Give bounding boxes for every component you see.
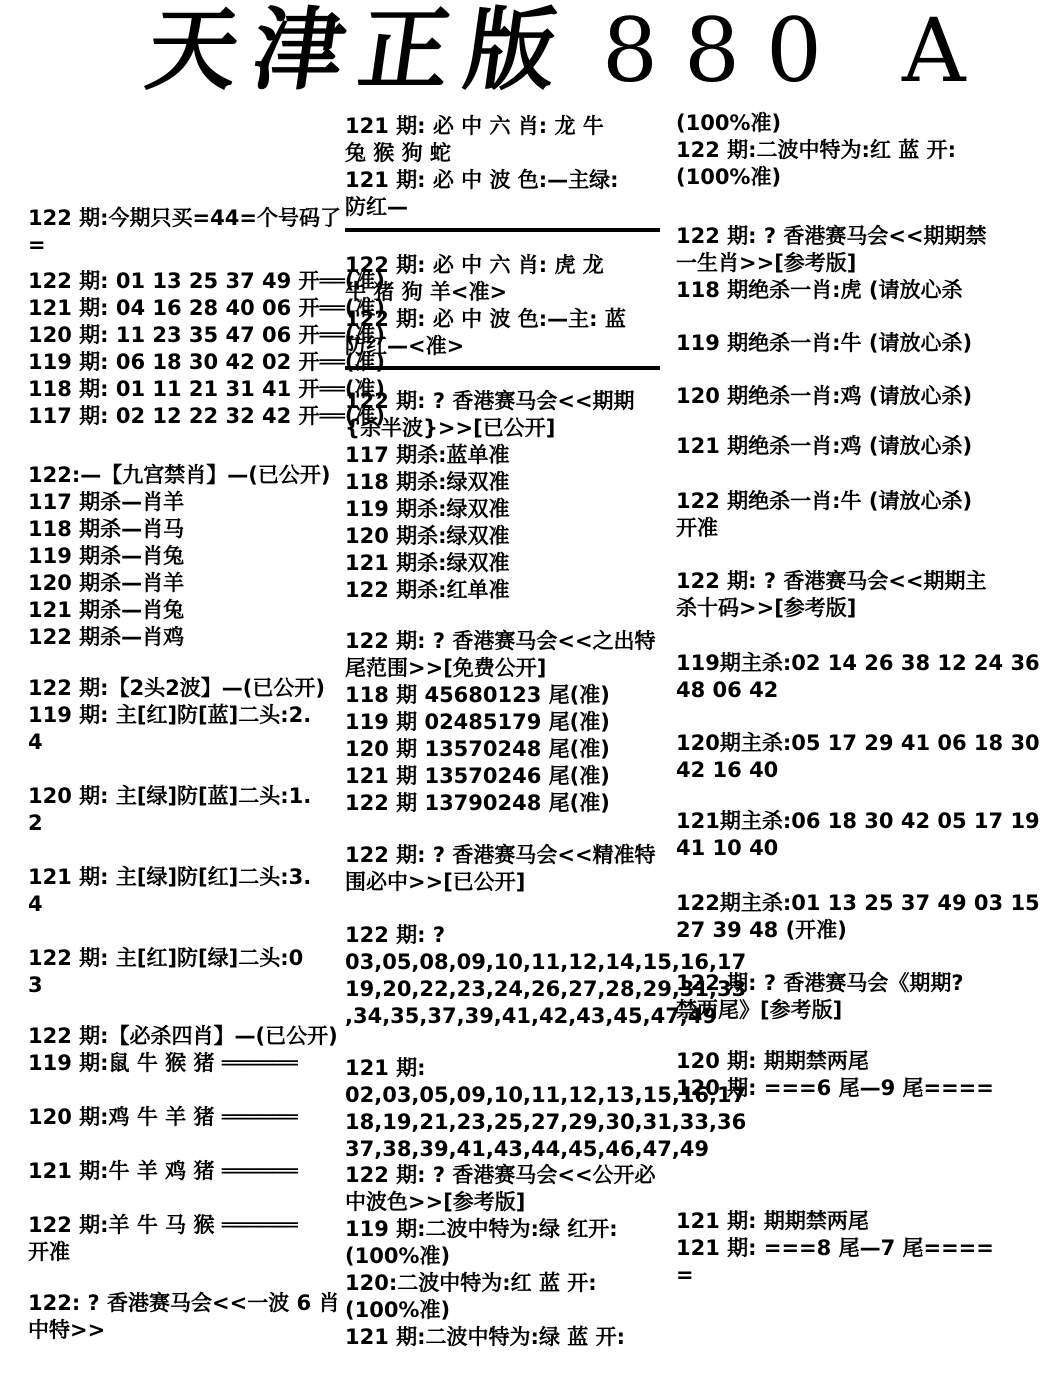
text-line: 120 期:鸡 牛 羊 猪 ══════ [28,1104,336,1131]
text-line: 120 期杀—肖羊 [28,570,336,597]
text-line: 119 期杀—肖兔 [28,543,336,570]
text-line: 27 39 48 (开准) [676,917,1050,944]
text-block: 121 期: 期期禁两尾121 期: ===8 尾—7 尾===== [676,1208,1050,1289]
text-line: 119 期杀:绿双准 [345,496,663,523]
text-line: 119 期:鼠 牛 猴 猪 ══════ [28,1050,336,1077]
text-block: 122 期: ?03,05,08,09,10,11,12,14,15,16,17… [345,922,663,1030]
text-line: 120 期 13570248 尾(准) [345,736,663,763]
text-line: {杀半波}>>[已公开] [345,415,663,442]
text-line: 兔 猴 狗 蛇 [345,140,663,167]
text-line: 03,05,08,09,10,11,12,14,15,16,17 [345,949,663,976]
text-line: 121 期: 主[绿]防[红]二头:3. [28,864,336,891]
text-block: 120期主杀:05 17 29 41 06 18 3042 16 40 [676,730,1050,784]
text-block: 122 期:【2头2波】—(已公开)119 期: 主[红]防[蓝]二头:2.4 … [28,675,336,999]
text-line [28,918,336,945]
text-block: 121期主杀:06 18 30 42 05 17 1941 10 40 [676,808,1050,862]
text-block: 122 期:【必杀四肖】—(已公开)119 期:鼠 牛 猴 猪 ══════ 1… [28,1023,336,1266]
text-line: 119期主杀:02 14 26 38 12 24 36 [676,650,1050,677]
text-line: 122 期杀:红单准 [345,577,663,604]
text-line: 19,20,22,23,24,26,27,28,29,31,33 [345,976,663,1003]
text-line [28,756,336,783]
text-line: 118 期杀—肖马 [28,516,336,543]
text-line: ,34,35,37,39,41,42,43,45,47,49 [345,1003,663,1030]
text-block: 122 期: ? 香港赛马会<<精准特围必中>>[已公开] [345,842,663,896]
right-column: (100%准)122 期:二波中特为:红 蓝 开:(100%准)122 期: ?… [676,0,1050,1388]
text-line: 122 期: 01 13 25 37 49 开══(准) [28,268,336,295]
text-line [28,1131,336,1158]
text-block: 119期主杀:02 14 26 38 12 24 3648 06 42 [676,650,1050,704]
divider [345,228,660,232]
text-line: 122 期: ? 香港赛马会<<期期 [345,388,663,415]
text-line: 119 期: 06 18 30 42 02 开══(准) [28,349,336,376]
text-line: 中特>> [28,1317,336,1344]
text-line: 122 期: ? 香港赛马会《期期? [676,970,1050,997]
text-line: 2 [28,810,336,837]
left-column: 122 期:今期只买=44=个号码了=122 期: 01 13 25 37 49… [28,0,336,1388]
text-line: 122 期:羊 牛 马 猴 ══════ [28,1212,336,1239]
text-line: 122 期绝杀一肖:牛 (请放心杀) [676,488,1050,515]
text-line: (100%准) [345,1243,663,1270]
text-line: 122 期: 必 中 六 肖: 虎 龙 [345,252,663,279]
text-line: 尾范围>>[免费公开] [345,655,663,682]
text-line: 121 期: 必 中 波 色:—主绿: [345,167,663,194]
text-line: = [28,232,336,259]
text-line: 一生肖>>[参考版] [676,250,1050,277]
text-block: 122 期: 必 中 六 肖: 虎 龙牛 猪 狗 羊<准>122 期: 必 中 … [345,252,663,360]
text-line: 118 期: 01 11 21 31 41 开══(准) [28,376,336,403]
text-line: 122 期:今期只买=44=个号码了 [28,205,336,232]
text-line: 02,03,05,09,10,11,12,13,15,16,17 [345,1082,663,1109]
text-line: 121 期: 04 16 28 40 06 开══(准) [28,295,336,322]
text-line: 杀十码>>[参考版] [676,595,1050,622]
text-line: 122 期: ? [345,922,663,949]
text-line: 122 期:【2头2波】—(已公开) [28,675,336,702]
text-line: 122 期: ? 香港赛马会<<之出特 [345,628,663,655]
text-block: 120 期: 期期禁两尾120 期: ===6 尾—9 尾==== [676,1048,1050,1102]
text-block: 120 期绝杀一肖:鸡 (请放心杀) [676,383,1050,410]
text-block: 122 期:今期只买=44=个号码了= [28,205,336,259]
text-block: 122 期: ? 香港赛马会《期期?禁两尾》[参考版] [676,970,1050,1024]
text-line: 122 期: 主[红]防[绿]二头:0 [28,945,336,972]
text-line: 41 10 40 [676,835,1050,862]
text-line: 3 [28,972,336,999]
text-line: 围必中>>[已公开] [345,869,663,896]
text-line: (100%准) [676,110,1050,137]
text-line: 121 期杀—肖兔 [28,597,336,624]
text-line: 121 期:二波中特为:绿 蓝 开: [345,1324,663,1351]
text-block: 121 期:02,03,05,09,10,11,12,13,15,16,1718… [345,1055,663,1163]
text-line: 119 期: 主[红]防[蓝]二头:2. [28,702,336,729]
text-line: 48 06 42 [676,677,1050,704]
text-line: 118 期 45680123 尾(准) [345,682,663,709]
text-line: 122 期: ? 香港赛马会<<期期主 [676,568,1050,595]
text-line: 122 期: ? 香港赛马会<<精准特 [345,842,663,869]
text-line: 121 期:牛 羊 鸡 猪 ══════ [28,1158,336,1185]
text-line: 121 期杀:绿双准 [345,550,663,577]
text-line: 4 [28,891,336,918]
text-line: 118 期绝杀一肖:虎 (请放心杀 [676,277,1050,304]
text-block: 122 期: ? 香港赛马会<<期期{杀半波}>>[已公开]117 期杀:蓝单准… [345,388,663,604]
text-line: 122 期:二波中特为:红 蓝 开: [676,137,1050,164]
text-block: 122:—【九宫禁肖】—(已公开)117 期杀—肖羊118 期杀—肖马119 期… [28,462,336,651]
text-line: 4 [28,729,336,756]
text-line: 118 期杀:绿双准 [345,469,663,496]
text-line [28,1185,336,1212]
text-line: 开准 [28,1239,336,1266]
text-line: 119 期绝杀一肖:牛 (请放心杀) [676,330,1050,357]
text-line: 开准 [676,515,1050,542]
text-line: 120 期: ===6 尾—9 尾==== [676,1075,1050,1102]
middle-column: 121 期: 必 中 六 肖: 龙 牛兔 猴 狗 蛇121 期: 必 中 波 色… [345,0,663,1388]
text-line: 122 期 13790248 尾(准) [345,790,663,817]
text-block: 122期主杀:01 13 25 37 49 03 1527 39 48 (开准) [676,890,1050,944]
text-line: 117 期杀:蓝单准 [345,442,663,469]
text-line: 117 期: 02 12 22 32 42 开══(准) [28,403,336,430]
text-line: (100%准) [345,1297,663,1324]
text-line: 防红— [345,194,663,221]
text-line: 120:二波中特为:红 蓝 开: [345,1270,663,1297]
text-line: 121 期: ===8 尾—7 尾==== [676,1235,1050,1262]
text-block: 122 期: 01 13 25 37 49 开══(准)121 期: 04 16… [28,268,336,430]
text-line: 42 16 40 [676,757,1050,784]
text-block: 122 期: ? 香港赛马会<<期期禁一生肖>>[参考版]118 期绝杀一肖:虎… [676,223,1050,304]
text-block: 121 期: 必 中 六 肖: 龙 牛兔 猴 狗 蛇121 期: 必 中 波 色… [345,113,663,221]
text-line: 122 期杀—肖鸡 [28,624,336,651]
text-line: 122:—【九宫禁肖】—(已公开) [28,462,336,489]
text-line: 119 期 02485179 尾(准) [345,709,663,736]
text-line: 中波色>>[参考版] [345,1189,663,1216]
text-line: 122: ? 香港赛马会<<一波 6 肖 [28,1290,336,1317]
text-line: 牛 猪 狗 羊<准> [345,279,663,306]
lottery-sheet-page: 天津正版880 A 122 期:今期只买=44=个号码了=122 期: 01 1… [0,0,1053,1388]
text-line: 120期主杀:05 17 29 41 06 18 30 [676,730,1050,757]
text-line: 37,38,39,41,43,44,45,46,47,49 [345,1136,663,1163]
text-line: 121 期: [345,1055,663,1082]
text-line: 122 期: ? 香港赛马会<<公开必 [345,1162,663,1189]
text-line: 18,19,21,23,25,27,29,30,31,33,36 [345,1109,663,1136]
text-line: 120 期: 期期禁两尾 [676,1048,1050,1075]
text-line: 120 期杀:绿双准 [345,523,663,550]
text-line: 121期主杀:06 18 30 42 05 17 19 [676,808,1050,835]
text-line: = [676,1262,1050,1289]
text-block: 122 期: ? 香港赛马会<<公开必中波色>>[参考版]119 期:二波中特为… [345,1162,663,1351]
text-line: 防红—<准> [345,333,663,360]
text-line: 121 期: 必 中 六 肖: 龙 牛 [345,113,663,140]
text-line: 120 期: 主[绿]防[蓝]二头:1. [28,783,336,810]
text-block: 122: ? 香港赛马会<<一波 6 肖中特>> [28,1290,336,1344]
text-line: 121 期绝杀一肖:鸡 (请放心杀) [676,433,1050,460]
text-line: 122期主杀:01 13 25 37 49 03 15 [676,890,1050,917]
text-block: (100%准)122 期:二波中特为:红 蓝 开:(100%准) [676,110,1050,191]
text-line: 120 期绝杀一肖:鸡 (请放心杀) [676,383,1050,410]
divider [345,366,660,370]
text-line: 禁两尾》[参考版] [676,997,1050,1024]
text-line: 120 期: 11 23 35 47 06 开══(准) [28,322,336,349]
text-line: 117 期杀—肖羊 [28,489,336,516]
text-block: 122 期: ? 香港赛马会<<期期主杀十码>>[参考版] [676,568,1050,622]
text-line: 119 期:二波中特为:绿 红开: [345,1216,663,1243]
text-line: 122 期: 必 中 波 色:—主: 蓝 [345,306,663,333]
text-line [28,1077,336,1104]
text-block: 122 期绝杀一肖:牛 (请放心杀)开准 [676,488,1050,542]
text-block: 119 期绝杀一肖:牛 (请放心杀) [676,330,1050,357]
text-line: 122 期:【必杀四肖】—(已公开) [28,1023,336,1050]
text-block: 121 期绝杀一肖:鸡 (请放心杀) [676,433,1050,460]
text-line: 122 期: ? 香港赛马会<<期期禁 [676,223,1050,250]
text-line: 121 期: 期期禁两尾 [676,1208,1050,1235]
text-line [28,837,336,864]
text-line: 121 期 13570246 尾(准) [345,763,663,790]
text-line: (100%准) [676,164,1050,191]
text-block: 122 期: ? 香港赛马会<<之出特尾范围>>[免费公开]118 期 4568… [345,628,663,817]
